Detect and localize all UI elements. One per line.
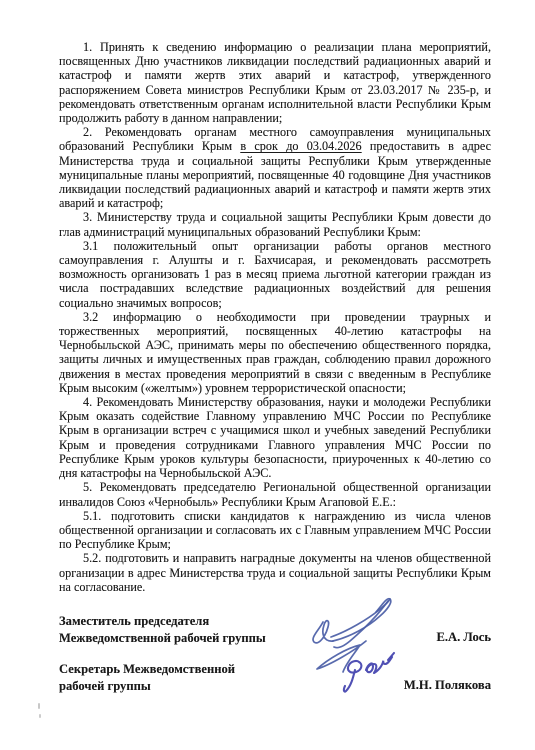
signatory-name: Е.А. Лось: [436, 629, 491, 647]
signatory-name: М.Н. Полякова: [404, 677, 491, 695]
paragraph-3-2: 3.2 информацию о необходимости при прове…: [59, 310, 491, 395]
document-page: 1. Принять к сведению информацию о реали…: [0, 0, 535, 750]
paragraph-5: 5. Рекомендовать председателю Региональн…: [59, 480, 491, 508]
signature-row-secretary: Секретарь Межведомственной рабочей групп…: [59, 661, 491, 695]
paragraph-1: 1. Принять к сведению информацию о реали…: [59, 40, 491, 125]
paragraph-5-1: 5.1. подготовить списки кандидатов к наг…: [59, 509, 491, 552]
document-body: 1. Принять к сведению информацию о реали…: [59, 40, 491, 594]
scan-artifact: [38, 703, 42, 719]
signatory-position: Заместитель председателя Межведомственно…: [59, 613, 266, 647]
paragraph-3-1: 3.1 положительный опыт организации работ…: [59, 239, 491, 310]
paragraph-2: 2. Рекомендовать органам местного самоуп…: [59, 125, 491, 210]
signature-row-deputy-chair: Заместитель председателя Межведомственно…: [59, 613, 491, 647]
paragraph-4: 4. Рекомендовать Министерству образовани…: [59, 395, 491, 480]
scan-artifact-mark: [38, 703, 40, 709]
paragraph-5-2: 5.2. подготовить и направить наградные д…: [59, 551, 491, 594]
signature-block: Заместитель председателя Межведомственно…: [59, 613, 491, 695]
scan-artifact-mark: [39, 714, 41, 718]
paragraph-3: 3. Министерству труда и социальной защит…: [59, 210, 491, 238]
deadline-underlined-text: в срок до 03.04.2026: [240, 139, 361, 153]
signatory-position: Секретарь Межведомственной рабочей групп…: [59, 661, 235, 695]
